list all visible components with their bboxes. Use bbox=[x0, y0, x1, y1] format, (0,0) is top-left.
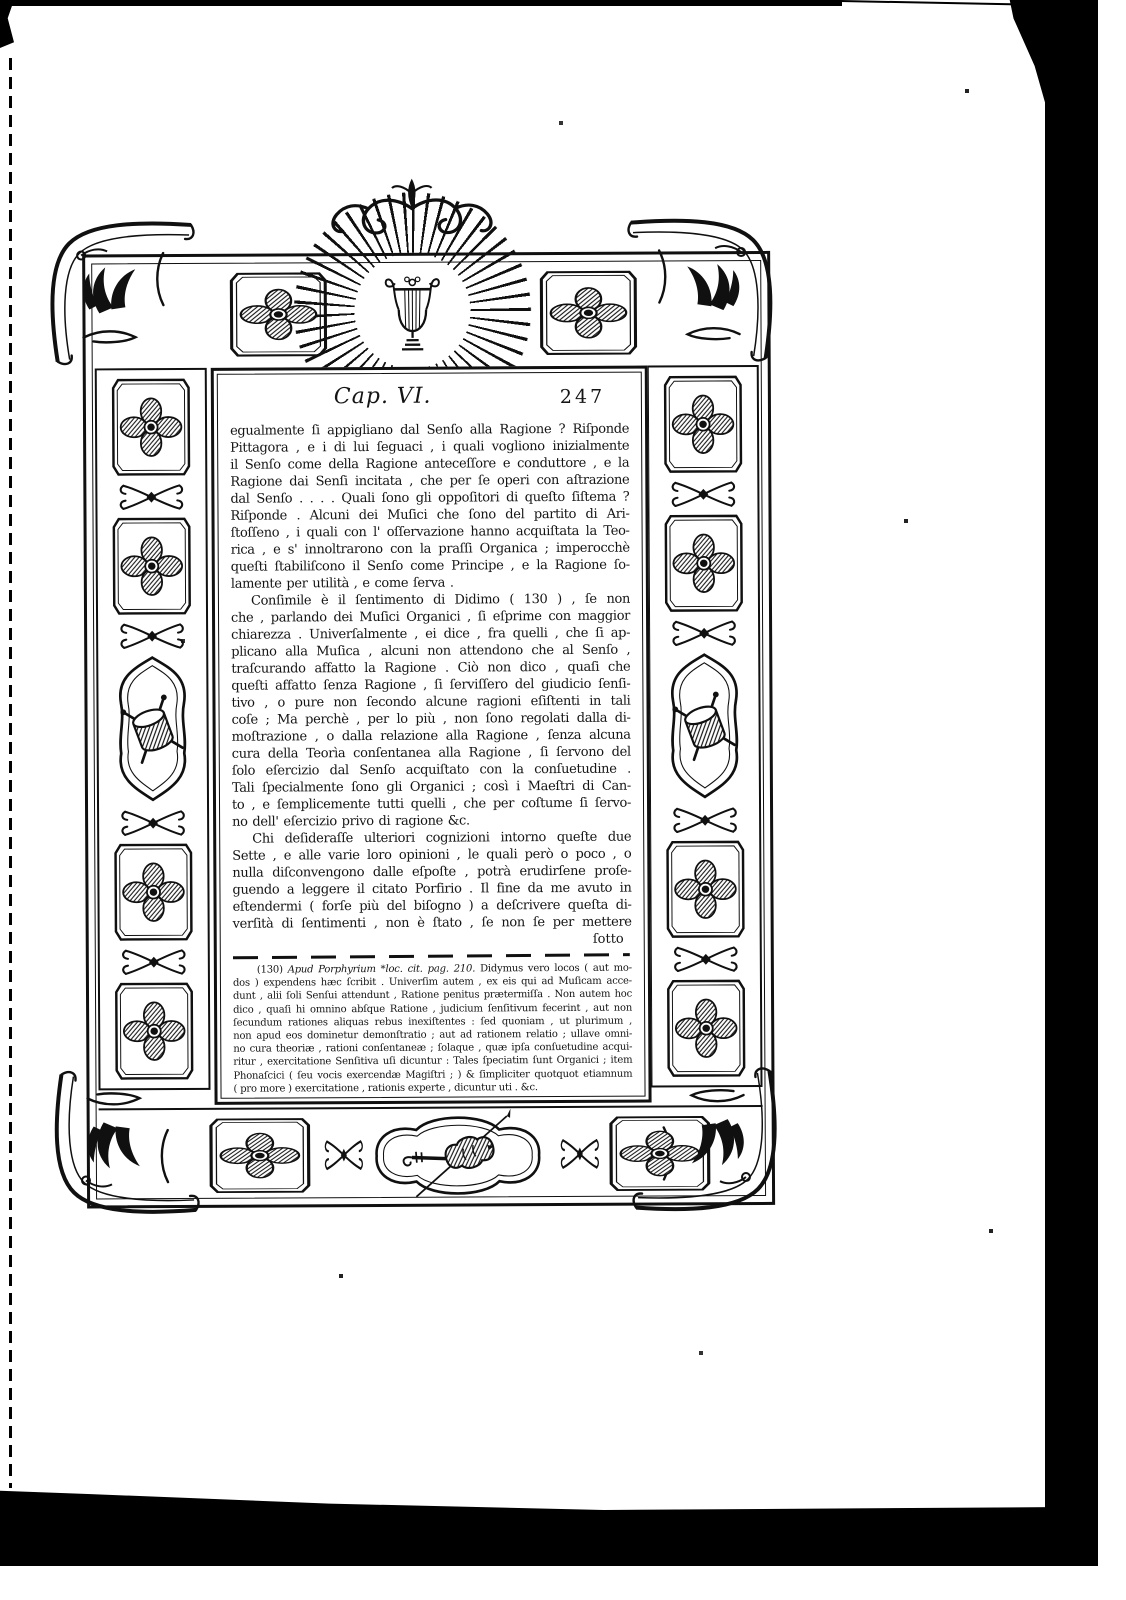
foliate-knot-icon bbox=[323, 1135, 365, 1175]
text-line: dal Senſo . . . . Quali ſono gli oppoſit… bbox=[230, 489, 629, 508]
text-line: Ragione dai Senſi incitata , che per ſe … bbox=[230, 472, 629, 491]
text-line: coſe ; Ma perchè , per lo più , non ſono… bbox=[232, 710, 631, 729]
rosette-icon bbox=[662, 372, 745, 476]
foliate-knot-icon bbox=[116, 479, 186, 513]
footnote-line: ( pro more ) exercitatione , rationis ex… bbox=[233, 1080, 632, 1095]
text-line: rica , e s' innoltrarono con la praſſi O… bbox=[231, 540, 630, 559]
text-line: queſti ſtabiliſcono il Senſo come Princi… bbox=[231, 557, 630, 576]
text-line: ſolo eſercizio dal Senſo acquiſtato con … bbox=[232, 761, 631, 780]
side-band-right bbox=[647, 365, 763, 1088]
text-line: Pittagora , e i di lui ſeguaci , i quali… bbox=[230, 438, 629, 457]
foliate-knot-icon bbox=[119, 944, 189, 978]
text-line: il Senſo come della Ragione anteceſſore … bbox=[230, 455, 629, 474]
text-line: che , parlando dei Muſici Organici , ſi … bbox=[231, 608, 630, 627]
text-line: to , e ſemplicemente tutti quelli , che … bbox=[232, 795, 631, 814]
text-line: no dell' eſercizio privo di ragione &c. bbox=[232, 812, 631, 831]
foliate-knot-icon bbox=[118, 805, 188, 839]
text-line: verſità di ſentimenti , non è ſtato , ſe… bbox=[233, 914, 632, 933]
paragraph: egualmente ſi appigliano dal Senſo alla … bbox=[230, 421, 630, 593]
paragraph: Chi deſideraſſe ulteriori cognizioni int… bbox=[232, 829, 632, 933]
footnote-marker: (130) bbox=[257, 964, 288, 975]
foliate-knot-icon bbox=[671, 942, 741, 976]
text-line: Sette , e alle varie loro opinioni , le … bbox=[232, 846, 631, 865]
page-header: Cap. VI. 247 bbox=[230, 381, 629, 423]
chapter-title: Cap. VI. bbox=[334, 384, 432, 410]
rosette-icon bbox=[110, 375, 193, 479]
body-text: egualmente ſi appigliano dal Senſo alla … bbox=[230, 421, 632, 933]
drum-icon bbox=[659, 650, 750, 802]
text-block-inner: Cap. VI. 247 egualmente ſi appigliano da… bbox=[217, 372, 646, 1099]
text-line: egualmente ſi appigliano dal Senſo alla … bbox=[230, 421, 629, 440]
side-band-left bbox=[95, 368, 211, 1091]
text-line: nulla diſconvengono dalle eſpoſte , potr… bbox=[232, 863, 631, 882]
foliate-knot-icon bbox=[670, 803, 740, 837]
text-line: queſti affatto ſenza Ragione , ſi ſerviſ… bbox=[231, 676, 630, 695]
text-line: lamente per utilità , e come ſerva . bbox=[231, 574, 630, 593]
rosette-icon bbox=[112, 840, 195, 944]
text-line: moſtrazione , o dalla relazione alla Rag… bbox=[232, 727, 631, 746]
text-line: eſtendermi ( forſe più del biſogno ) a d… bbox=[233, 897, 632, 916]
text-line: traſcurando affatto la Ragione . Ciò non… bbox=[231, 659, 630, 678]
crest-icon bbox=[313, 176, 511, 261]
foliate-knot-icon bbox=[669, 616, 739, 650]
paragraph: Conſimile è il ſentimento di Didimo ( 13… bbox=[231, 591, 631, 831]
footnote-citation: Apud Porphyrium *loc. cit. pag. 210. bbox=[288, 963, 476, 975]
corner-flourish-icon bbox=[47, 217, 198, 368]
bottom-ornament-band bbox=[99, 1105, 763, 1200]
footnote-rule bbox=[233, 953, 630, 959]
rosette-icon bbox=[537, 268, 639, 359]
text-line: guendo a leggere il citato Porfirio . Il… bbox=[232, 880, 631, 899]
rosette-icon bbox=[227, 269, 329, 360]
footnote-text: Didymus vero locos ( aut mo- bbox=[475, 963, 632, 975]
violin-icon bbox=[363, 1106, 554, 1205]
foliate-knot-icon bbox=[668, 477, 738, 511]
rosette-icon bbox=[207, 1115, 313, 1196]
text-line: tivo , o pure non ſecondo alcune ragioni… bbox=[231, 693, 630, 712]
text-line: plicano alla Muſica , alcuni non attendo… bbox=[231, 642, 630, 661]
rosette-icon bbox=[662, 511, 745, 615]
foliate-knot-icon bbox=[117, 618, 187, 652]
rosette-icon bbox=[665, 976, 748, 1080]
rosette-icon bbox=[664, 837, 747, 941]
foliate-knot-icon bbox=[559, 1134, 601, 1174]
page-sheet: Cap. VI. 247 egualmente ſi appigliano da… bbox=[0, 0, 1126, 1600]
text-line: Riſponde . Alcuni dei Muſici che ſono de… bbox=[230, 506, 629, 525]
text-line: ſtoſſeno , i quali con l' oſſervazione h… bbox=[231, 523, 630, 542]
drum-icon bbox=[107, 653, 198, 805]
text-line: chiarezza . Univerſalmente , ei dice , f… bbox=[231, 625, 630, 644]
rosette-icon bbox=[113, 979, 196, 1083]
page-number: 247 bbox=[560, 386, 605, 408]
text-line: Chi deſideraſſe ulteriori cognizioni int… bbox=[232, 829, 631, 848]
scan-dust-specks bbox=[0, 0, 2, 2]
text-block: Cap. VI. 247 egualmente ſi appigliano da… bbox=[211, 366, 652, 1105]
text-line: Tali ſpecialmente ſono gli Organici ; co… bbox=[232, 778, 631, 797]
text-line: cura della Teorìa conſentanea alla Ragio… bbox=[232, 744, 631, 763]
rosette-icon bbox=[607, 1113, 713, 1194]
text-line: Conſimile è il ſentimento di Didimo ( 13… bbox=[231, 591, 630, 610]
footnote-line: Phonaſcici ( ſeu vocis exercendæ Magiſtr… bbox=[233, 1067, 632, 1082]
footnote-lines: (130) Apud Porphyrium *loc. cit. pag. 21… bbox=[233, 962, 633, 1096]
scanned-book-page: Cap. VI. 247 egualmente ſi appigliano da… bbox=[0, 0, 1126, 1600]
rosette-icon bbox=[110, 514, 193, 618]
catchword: ſotto bbox=[233, 931, 632, 950]
corner-flourish-icon bbox=[625, 214, 776, 365]
